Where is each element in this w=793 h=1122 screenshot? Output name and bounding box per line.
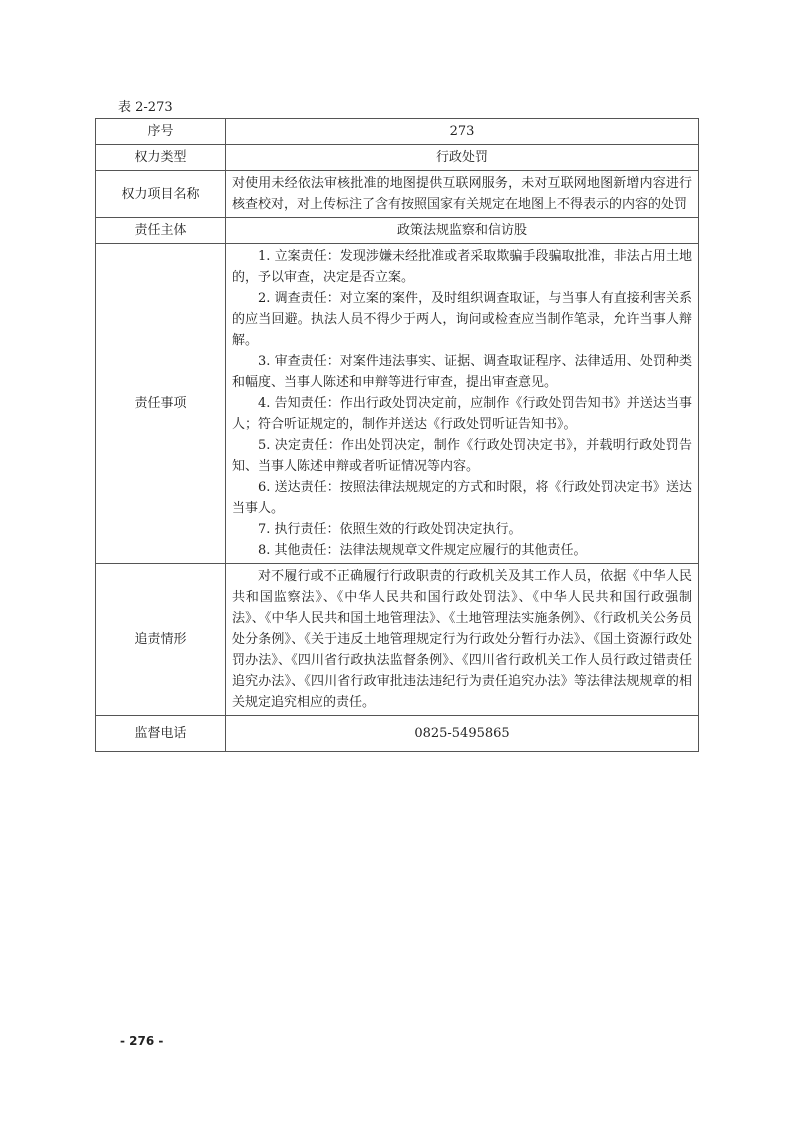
row-label: 监督电话 (96, 716, 226, 752)
responsibility-item: 1. 立案责任：发现涉嫌未经批准或者采取欺骗手段骗取批准，非法占用土地的，予以审… (232, 246, 692, 288)
item-name-value: 对使用未经依法审核批准的地图提供互联网服务，未对互联网地图新增内容进行核查校对，… (226, 171, 699, 218)
row-label: 责任事项 (96, 244, 226, 564)
table-row-item-name: 权力项目名称 对使用未经依法审核批准的地图提供互联网服务，未对互联网地图新增内容… (96, 171, 699, 218)
responsibility-table: 序号 273 权力类型 行政处罚 权力项目名称 对使用未经依法审核批准的地图提供… (95, 118, 699, 752)
power-type-value: 行政处罚 (226, 145, 699, 171)
phone-value: 0825-5495865 (226, 716, 699, 752)
table-row-accountability: 追责情形 对不履行或不正确履行行政职责的行政机关及其工作人员，依据《中华人民共和… (96, 564, 699, 716)
responsibility-item: 4. 告知责任：作出行政处罚决定前，应制作《行政处罚告知书》并送达当事人；符合听… (232, 393, 692, 435)
table-caption: 表 2-273 (118, 96, 173, 115)
table-row-responsible-body: 责任主体 政策法规监察和信访股 (96, 218, 699, 244)
responsibility-item: 5. 决定责任：作出处罚决定，制作《行政处罚决定书》，并载明行政处罚告知、当事人… (232, 435, 692, 477)
serial-value: 273 (226, 119, 699, 145)
responsibility-item: 3. 审查责任：对案件违法事实、证据、调查取证程序、法律适用、处罚种类和幅度、当… (232, 351, 692, 393)
row-label: 追责情形 (96, 564, 226, 716)
accountability-text: 对不履行或不正确履行行政职责的行政机关及其工作人员，依据《中华人民共和国监察法》… (232, 566, 692, 713)
responsibility-item: 6. 送达责任：按照法律法规规定的方式和时限，将《行政处罚决定书》送达当事人。 (232, 477, 692, 519)
accountability-value: 对不履行或不正确履行行政职责的行政机关及其工作人员，依据《中华人民共和国监察法》… (226, 564, 699, 716)
row-label: 责任主体 (96, 218, 226, 244)
responsibilities-list: 1. 立案责任：发现涉嫌未经批准或者采取欺骗手段骗取批准，非法占用土地的，予以审… (226, 244, 699, 564)
responsibility-item: 2. 调查责任：对立案的案件，及时组织调查取证，与当事人有直接利害关系的应当回避… (232, 288, 692, 351)
responsibility-item: 7. 执行责任：依照生效的行政处罚决定执行。 (232, 519, 692, 540)
responsible-body-value: 政策法规监察和信访股 (226, 218, 699, 244)
row-label: 权力项目名称 (96, 171, 226, 218)
table-row-power-type: 权力类型 行政处罚 (96, 145, 699, 171)
responsibility-item: 8. 其他责任：法律法规规章文件规定应履行的其他责任。 (232, 540, 692, 561)
row-label: 权力类型 (96, 145, 226, 171)
row-label: 序号 (96, 119, 226, 145)
page-number: - 276 - (120, 1034, 163, 1048)
table-row-serial: 序号 273 (96, 119, 699, 145)
table-row-responsibilities: 责任事项 1. 立案责任：发现涉嫌未经批准或者采取欺骗手段骗取批准，非法占用土地… (96, 244, 699, 564)
table-row-phone: 监督电话 0825-5495865 (96, 716, 699, 752)
